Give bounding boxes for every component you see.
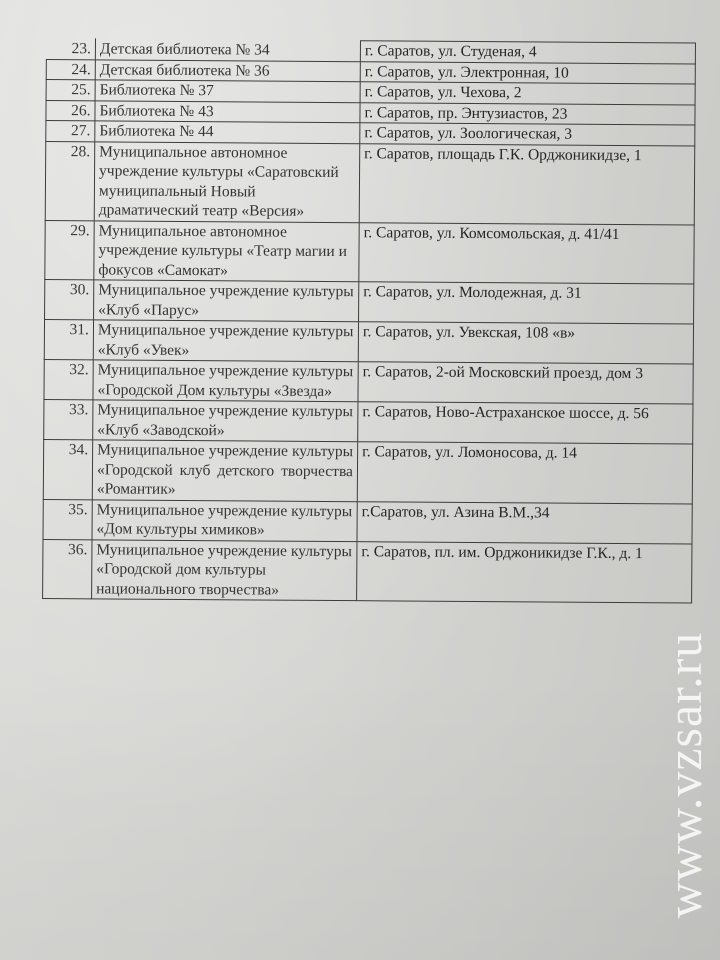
institution-address: г. Саратов, ул. Зоологическая, 3 xyxy=(360,123,695,146)
institution-name: Детская библиотека № 34 xyxy=(95,39,360,61)
institution-name: Муниципальное учреждение культуры «Клуб … xyxy=(94,280,359,322)
institution-name: Муниципальное учреждение культуры «Дом к… xyxy=(92,499,357,541)
institution-address: г. Саратов, ул. Увекская, 108 «в» xyxy=(358,322,693,364)
row-number: 30. xyxy=(45,279,94,319)
institution-address: г. Саратов, Ново-Астраханское шоссе, д. … xyxy=(358,402,693,444)
table-row: 36. Муниципальное учреждение культуры «Г… xyxy=(43,539,692,603)
row-number: 27. xyxy=(46,121,95,142)
row-number: 24. xyxy=(46,59,95,80)
institution-address: г. Саратов, пл. им. Орджоникидзе Г.К., д… xyxy=(357,541,692,603)
table-row: 35. Муниципальное учреждение культуры «Д… xyxy=(43,499,692,544)
institution-name: Муниципальное учреждение культуры «Клуб … xyxy=(93,400,358,442)
institution-address: г. Саратов, ул. Студеная, 4 xyxy=(360,41,695,64)
institution-name: Муниципальное автономное учреждение куль… xyxy=(94,141,360,222)
table-row: 34. Муниципальное учреждение культуры «Г… xyxy=(43,439,692,503)
row-number: 29. xyxy=(45,220,94,280)
institution-address: г. Саратов, ул. Комсомольская, д. 41/41 xyxy=(359,222,694,284)
table-row: 33. Муниципальное учреждение культуры «К… xyxy=(44,399,693,444)
institution-address: г. Саратов, ул. Чехова, 2 xyxy=(360,82,695,105)
row-number: 25. xyxy=(46,80,95,101)
institution-address: г. Саратов, площадь Г.К. Орджоникидзе, 1 xyxy=(359,143,695,224)
institution-name: Библиотека № 37 xyxy=(95,80,360,102)
institution-address: г. Саратов, пр. Энтузиастов, 23 xyxy=(360,102,695,125)
institution-address: г. Саратов, ул. Ломоносова, д. 14 xyxy=(357,442,692,504)
table-row: 32. Муниципальное учреждение культуры «Г… xyxy=(44,359,693,404)
institution-name: Муниципальное учреждение культуры «Город… xyxy=(92,440,357,501)
table-row: 31. Муниципальное учреждение культуры «К… xyxy=(44,319,693,364)
row-number: 26. xyxy=(46,100,95,121)
table-row: 29. Муниципальное автономное учреждение … xyxy=(45,220,694,284)
institutions-table: 23. Детская библиотека № 34 г. Саратов, … xyxy=(42,38,696,604)
institution-name: Детская библиотека № 36 xyxy=(95,59,360,81)
watermark-text: www.vzsar.ru xyxy=(655,632,713,918)
row-number: 23. xyxy=(46,39,95,60)
institution-name: Муниципальное учреждение культуры «Город… xyxy=(92,539,357,600)
institution-address: г. Саратов, ул. Молодежная, д. 31 xyxy=(359,282,694,324)
institution-address: г. Саратов, 2-ой Московский проезд, дом … xyxy=(358,362,693,404)
institution-name: Муниципальное учреждение культуры «Клуб … xyxy=(93,320,358,362)
institution-name: Муниципальное автономное учреждение куль… xyxy=(94,220,359,281)
institution-address: г.Саратов, ул. Азина В.М.,34 xyxy=(357,501,692,543)
institution-address: г. Саратов, ул. Электронная, 10 xyxy=(360,61,695,84)
table-row: 28. Муниципальное автономное учреждение … xyxy=(45,141,695,225)
row-number: 32. xyxy=(44,359,93,399)
row-number: 34. xyxy=(43,439,92,499)
row-number: 36. xyxy=(43,539,92,599)
watermark: www.vzsar.ru xyxy=(654,600,714,950)
institution-name: Библиотека № 44 xyxy=(95,121,360,143)
institution-name: Библиотека № 43 xyxy=(95,100,360,122)
row-number: 28. xyxy=(45,141,95,220)
row-number: 35. xyxy=(43,499,92,539)
table-row: 30. Муниципальное учреждение культуры «К… xyxy=(45,279,694,324)
institution-name: Муниципальное учреждение культуры «Город… xyxy=(93,360,358,402)
row-number: 33. xyxy=(44,399,93,439)
row-number: 31. xyxy=(44,319,93,359)
